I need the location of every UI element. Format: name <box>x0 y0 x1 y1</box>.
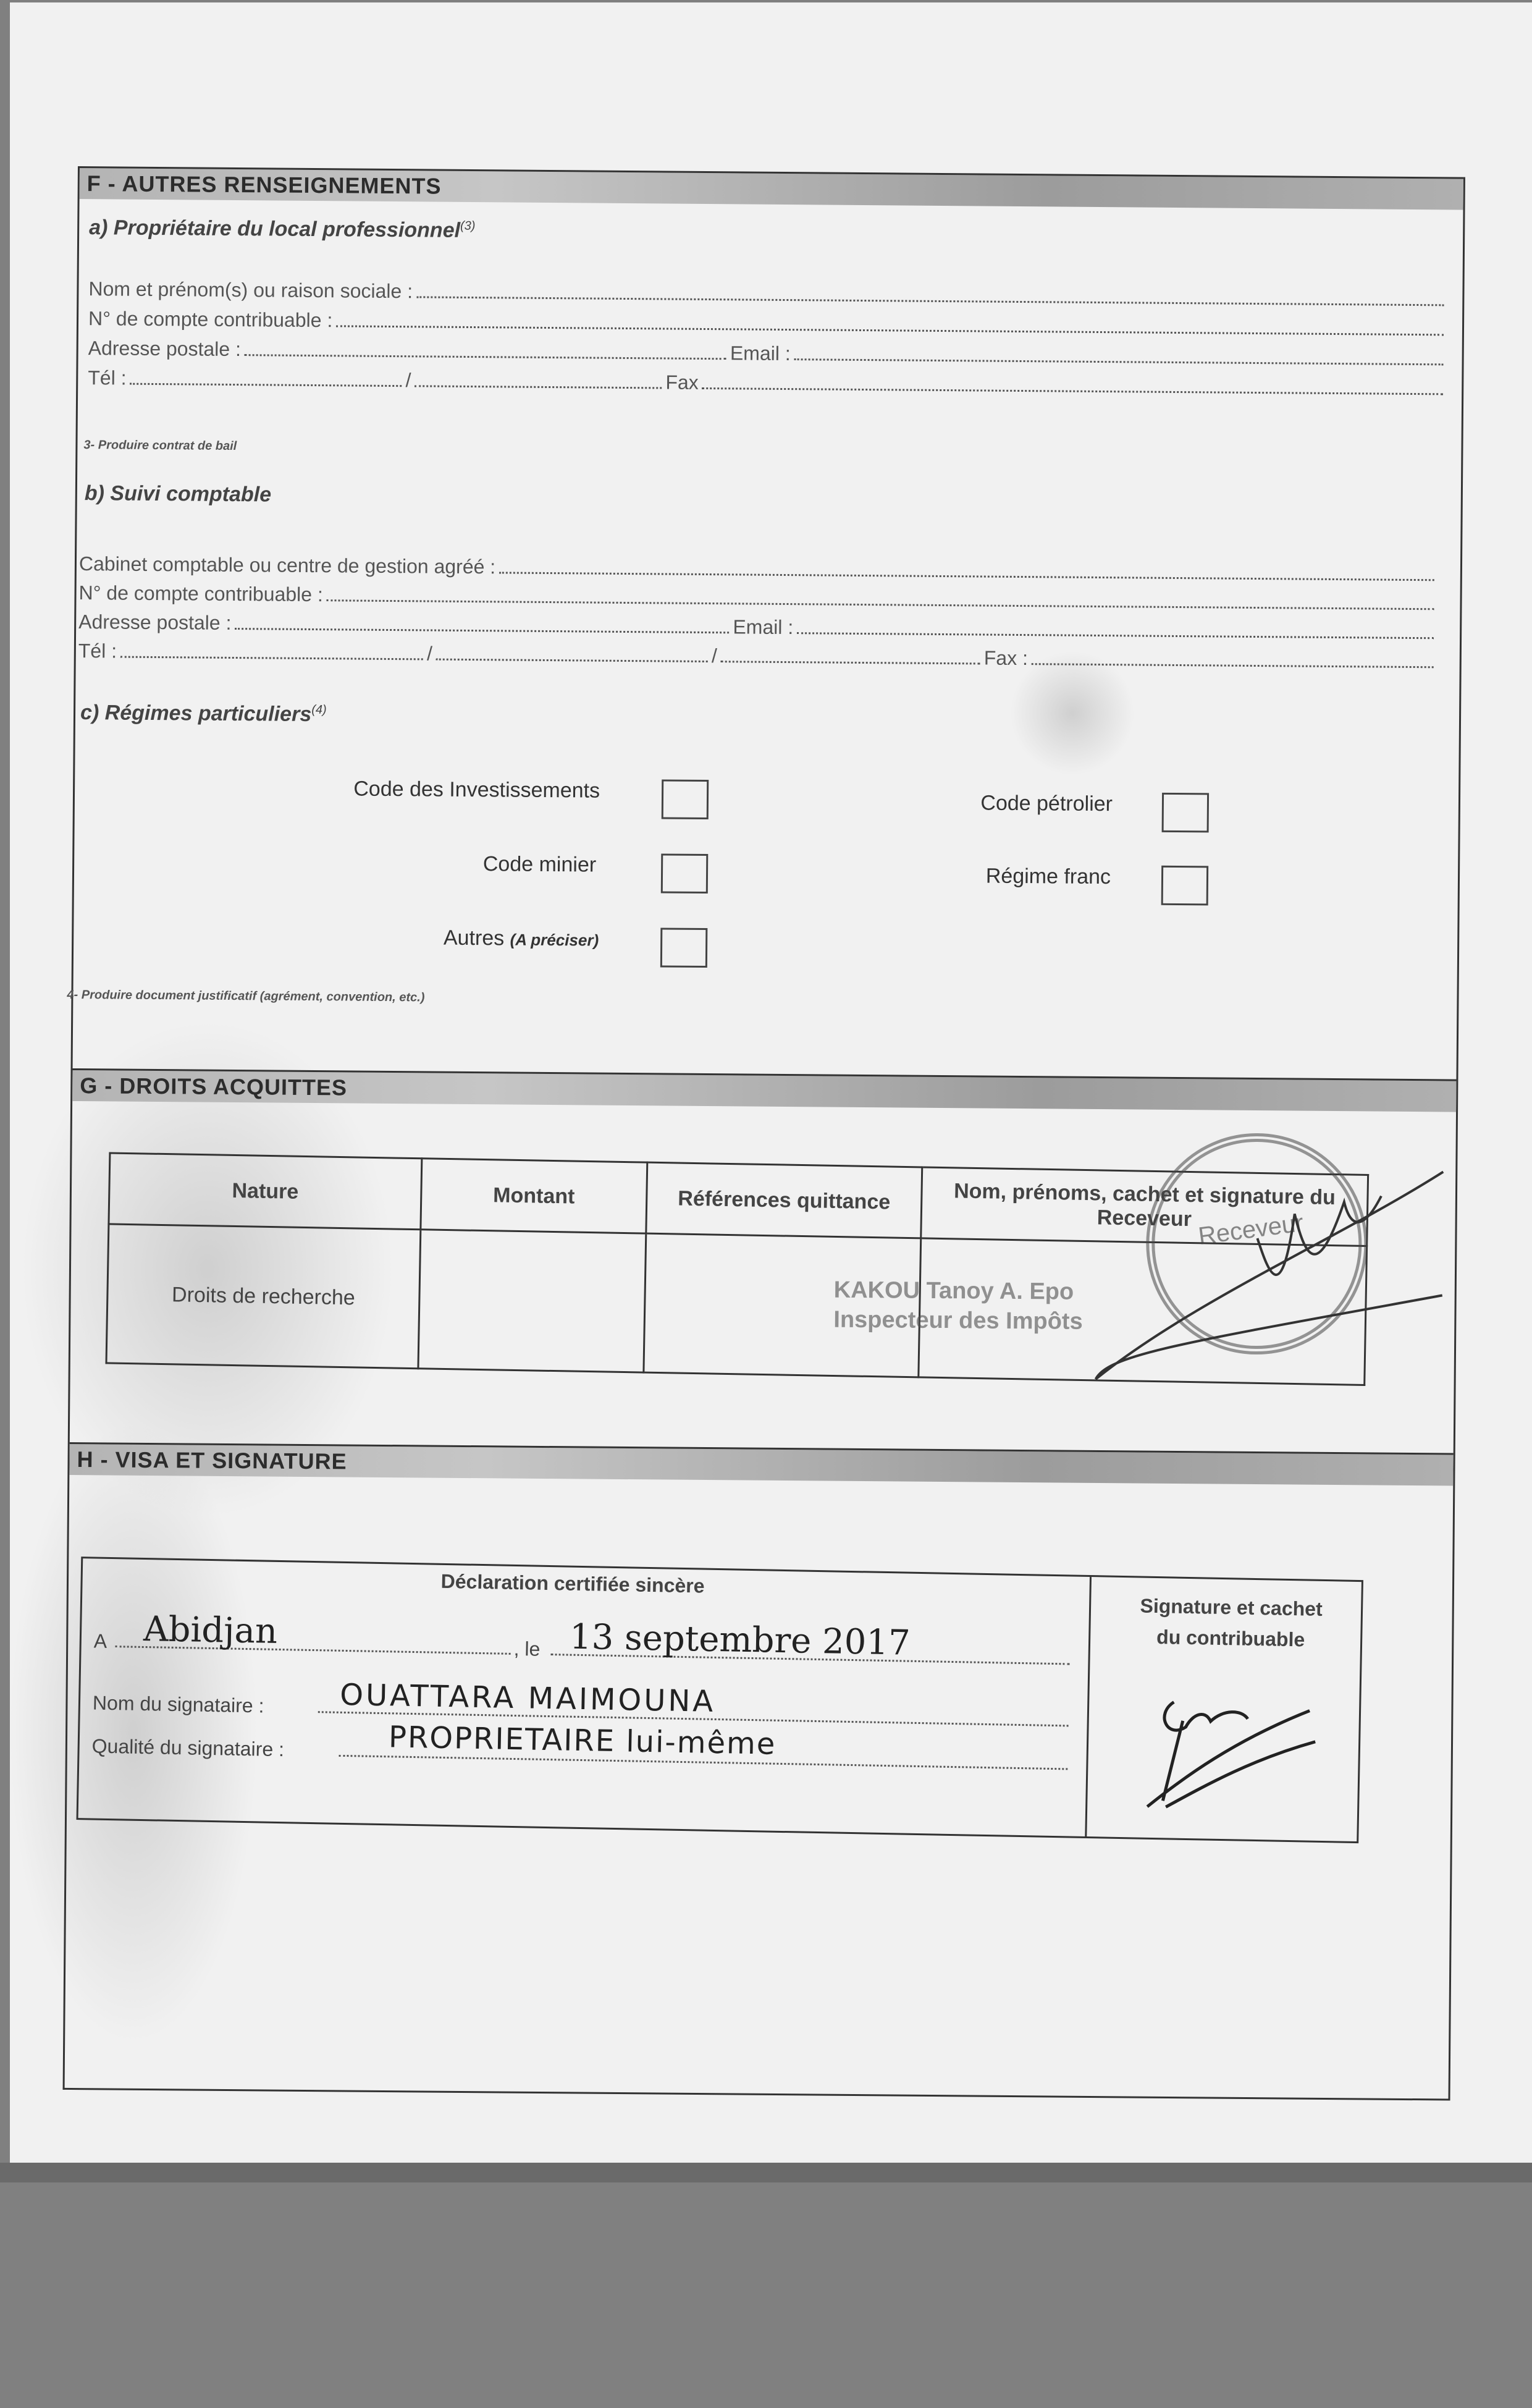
field-label: N° de compte contribuable : <box>88 307 333 332</box>
taxpayer-signature-icon <box>1129 1683 1329 1822</box>
subsection-a-title: a) Propriétaire du local professionnel(3… <box>89 216 476 243</box>
field-label: Fax <box>665 371 699 394</box>
option-autres-text: Autres <box>444 926 505 950</box>
subsection-a-label: a) Propriétaire du local professionnel <box>89 216 460 242</box>
fill-line[interactable] <box>702 371 1444 395</box>
date-label: , le <box>513 1637 540 1661</box>
receveur-signature-icon <box>1071 1144 1468 1407</box>
fill-line[interactable] <box>1032 647 1434 668</box>
cell-nature: Droits de recherche <box>106 1224 421 1369</box>
col-references: Références quittance <box>646 1162 922 1238</box>
separator: / <box>405 369 411 392</box>
owner-address-field[interactable]: Adresse postale : Email : <box>88 337 1447 370</box>
fill-line[interactable] <box>327 583 1434 610</box>
option-code-petrolier-checkbox[interactable] <box>1162 793 1210 833</box>
scanned-page: F - AUTRES RENSEIGNEMENTS a) Propriétair… <box>10 2 1532 2165</box>
place-label: A <box>93 1630 107 1653</box>
visa-divider <box>1085 1577 1092 1836</box>
scan-edge-strip <box>0 2163 1532 2182</box>
option-code-petrolier-label: Code pétrolier <box>785 790 1113 816</box>
option-autres-label: Autres (A préciser) <box>259 924 599 951</box>
col-montant: Montant <box>421 1159 647 1233</box>
fill-line[interactable] <box>797 616 1434 639</box>
separator: / <box>712 644 717 667</box>
option-code-investissements-checkbox[interactable] <box>662 779 709 819</box>
separator: / <box>427 642 432 665</box>
option-autres-checkbox[interactable] <box>660 927 708 968</box>
signature-box-title: Signature et cachet du contribuable <box>1126 1590 1337 1655</box>
accountant-name-field[interactable]: Cabinet comptable ou centre de gestion a… <box>79 552 1438 586</box>
option-regime-franc-checkbox[interactable] <box>1161 866 1209 906</box>
fill-line[interactable] <box>721 644 980 664</box>
quality-label: Qualité du signataire : <box>91 1734 284 1761</box>
section-f-header: F - AUTRES RENSEIGNEMENTS <box>80 166 1463 210</box>
field-label: Cabinet comptable ou centre de gestion a… <box>79 552 495 578</box>
field-label: Fax : <box>984 647 1028 670</box>
fill-line[interactable] <box>436 643 708 662</box>
fill-line[interactable] <box>336 309 1444 336</box>
note-3: 3- Produire contrat de bail <box>83 438 237 454</box>
fill-line[interactable] <box>415 369 662 389</box>
section-g-header: G - DROITS ACQUITTES <box>72 1068 1456 1112</box>
subsection-c-title: c) Régimes particuliers(4) <box>80 701 327 727</box>
fill-line[interactable] <box>245 338 726 360</box>
owner-name-field[interactable]: Nom et prénom(s) ou raison sociale : <box>88 277 1447 311</box>
field-label: Adresse postale : <box>78 610 232 635</box>
quality-value[interactable]: PROPRIETAIRE lui-même <box>389 1720 777 1761</box>
field-label: Tél : <box>78 640 117 662</box>
inspector-title: Inspecteur des Impôts <box>833 1305 1083 1337</box>
fill-line[interactable] <box>416 280 1444 306</box>
option-code-minier-checkbox[interactable] <box>661 853 709 893</box>
subsection-c-label: c) Régimes particuliers <box>80 701 311 726</box>
visa-box: Déclaration certifiée sincère Signature … <box>77 1557 1363 1843</box>
section-f-title: F - AUTRES RENSEIGNEMENTS <box>87 171 442 200</box>
option-autres-hint: (A préciser) <box>510 931 599 950</box>
cell-montant[interactable] <box>418 1230 646 1372</box>
fill-line[interactable] <box>794 342 1444 365</box>
accountant-phone-field[interactable]: Tél : / / Fax : <box>78 640 1437 673</box>
footnote-ref: (4) <box>311 703 327 717</box>
signatory-label: Nom du signataire : <box>93 1691 264 1717</box>
field-label: Email : <box>730 342 791 365</box>
field-label: Email : <box>733 615 793 639</box>
note-4: 4- Produire document justificatif (agrém… <box>67 988 424 1005</box>
form-frame: F - AUTRES RENSEIGNEMENTS a) Propriétair… <box>63 166 1465 2101</box>
option-code-investissements-label: Code des Investissements <box>260 776 600 803</box>
inspector-name: KAKOU Tanoy A. Epo <box>834 1275 1084 1307</box>
field-label: Adresse postale : <box>88 337 242 361</box>
option-regime-franc-label: Régime franc <box>785 863 1111 889</box>
accountant-address-field[interactable]: Adresse postale : Email : <box>78 610 1437 644</box>
section-h-header: H - VISA ET SIGNATURE <box>69 1442 1453 1486</box>
owner-phone-field[interactable]: Tél : / Fax <box>88 366 1447 400</box>
footnote-ref: (3) <box>460 219 476 233</box>
fill-line[interactable] <box>499 556 1434 581</box>
fill-line[interactable] <box>235 612 729 633</box>
section-g-title: G - DROITS ACQUITTES <box>80 1073 347 1100</box>
fill-line[interactable] <box>120 640 423 661</box>
owner-account-field[interactable]: N° de compte contribuable : <box>88 307 1447 340</box>
accountant-account-field[interactable]: N° de compte contribuable : <box>78 581 1437 615</box>
inspector-stamp: KAKOU Tanoy A. Epo Inspecteur des Impôts <box>833 1275 1083 1337</box>
field-label: Tél : <box>88 366 127 389</box>
signatory-value[interactable]: OUATTARA MAIMOUNA <box>340 1678 716 1719</box>
col-nature: Nature <box>109 1153 422 1230</box>
section-h-title: H - VISA ET SIGNATURE <box>77 1447 347 1474</box>
date-value[interactable]: 13 septembre 2017 <box>569 1617 911 1663</box>
declaration-title: Déclaration certifiée sincère <box>440 1570 704 1598</box>
option-code-minier-label: Code minier <box>259 850 596 877</box>
subsection-b-title: b) Suivi comptable <box>85 481 272 507</box>
field-label: Nom et prénom(s) ou raison sociale : <box>88 277 413 303</box>
place-value[interactable]: Abidjan <box>143 1609 278 1652</box>
field-label: N° de compte contribuable : <box>78 581 323 606</box>
fill-line[interactable] <box>130 367 402 387</box>
